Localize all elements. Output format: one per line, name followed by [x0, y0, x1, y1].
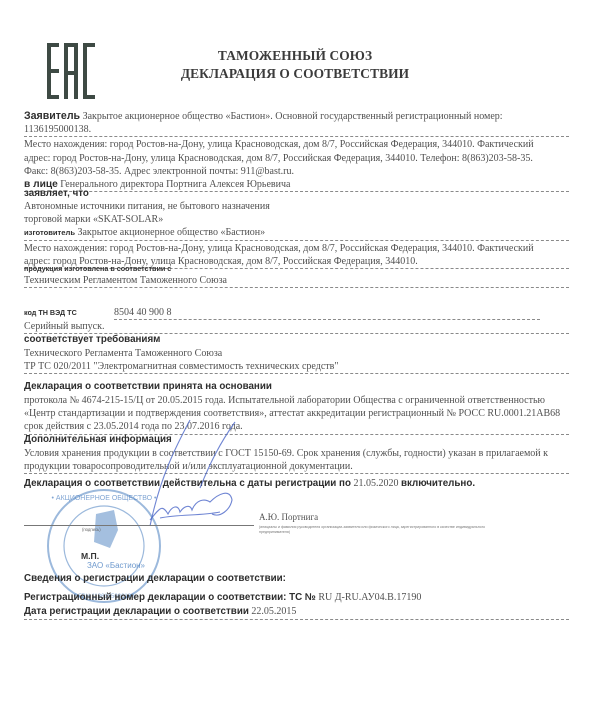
- declares-label: заявляет, что: [24, 188, 569, 200]
- applicant-label: Заявитель: [24, 110, 80, 122]
- basis-line-1: протокола № 4674-215-15/Ц от 20.05.2015 …: [24, 394, 569, 407]
- eac-logo-icon: [47, 43, 95, 99]
- manufacturer-text: Закрытое акционерное общество «Бастион»: [77, 227, 265, 238]
- code-value: 8504 40 900 8: [114, 306, 540, 320]
- applicant-address-1: Место нахождения: город Ростов-на-Дону, …: [24, 138, 569, 151]
- stamp-org: ЗАО «Бастион»: [87, 561, 146, 570]
- additional-line-2: продукции товаросопроводительной и/или э…: [24, 460, 569, 474]
- basis-line-2: «Центр стандартизации и подтверждения со…: [24, 407, 569, 420]
- additional-label: Дополнительная информация: [24, 433, 569, 447]
- signatory-name: А.Ю. Портнига: [259, 512, 318, 522]
- complies-line-2: ТР ТС 020/2011 "Электромагнитная совмест…: [24, 360, 569, 374]
- product-line-1: Автономные источники питания, не бытовог…: [24, 200, 569, 213]
- additional-block: Дополнительная информация Условия хранен…: [24, 433, 569, 474]
- validity-suffix: включительно.: [401, 478, 475, 489]
- basis-block: Декларация о соответствии принята на осн…: [24, 380, 569, 435]
- registration-date-value: 22.05.2015: [251, 606, 296, 617]
- title-line-2: ДЕКЛАРАЦИЯ О СООТВЕТСТВИИ: [160, 65, 430, 83]
- signature-caption: (подпись): [82, 527, 101, 532]
- document-title: ТАМОЖЕННЫЙ СОЮЗ ДЕКЛАРАЦИЯ О СООТВЕТСТВИ…: [160, 47, 430, 83]
- product-line-2: торговой марки «SKAT-SOLAR»: [24, 213, 569, 226]
- title-line-1: ТАМОЖЕННЫЙ СОЮЗ: [160, 47, 430, 65]
- applicant-ogrn: 1136195000138.: [24, 124, 91, 135]
- registration-number-label: Регистрационный номер декларации о соотв…: [24, 592, 316, 603]
- produced-label: продукция изготовлена в соответствии с: [24, 264, 569, 274]
- applicant-block: Заявитель Закрытое акционерное общество …: [24, 110, 569, 192]
- code-block: код ТН ВЭД ТС 8504 40 900 8 Серийный вып…: [24, 306, 569, 334]
- declaration-document: ТАМОЖЕННЫЙ СОЮЗ ДЕКЛАРАЦИЯ О СООТВЕТСТВИ…: [0, 0, 600, 712]
- manufacturer-address-1: Место нахождения: город Ростов-на-Дону, …: [24, 242, 569, 255]
- produced-block: продукция изготовлена в соответствии с Т…: [24, 264, 569, 288]
- manufacturer-label: изготовитель: [24, 228, 75, 237]
- handwritten-signature-icon: [120, 418, 250, 528]
- applicant-address-2: адрес: город Ростов-на-Дону, улица Красн…: [24, 152, 569, 165]
- stamp-label: М.П.: [81, 551, 99, 561]
- registration-date-label: Дата регистрации декларации о соответств…: [24, 606, 249, 617]
- complies-label: соответствует требованиям: [24, 333, 569, 347]
- additional-line-1: Условия хранения продукции в соответстви…: [24, 447, 569, 460]
- code-label: код ТН ВЭД ТС: [24, 306, 114, 319]
- validity-date: 21.05.2020: [353, 478, 398, 489]
- applicant-text: Закрытое акционерное общество «Бастион».…: [83, 111, 503, 122]
- basis-label: Декларация о соответствии принята на осн…: [24, 380, 569, 394]
- registration-block: Сведения о регистрации декларации о соот…: [24, 572, 569, 620]
- complies-line-1: Технического Регламента Таможенного Союз…: [24, 347, 569, 360]
- applicant-address-3: Факс: 8(863)203-58-35. Адрес электронной…: [24, 165, 569, 178]
- signature-line: [24, 525, 254, 526]
- complies-block: соответствует требованиям Технического Р…: [24, 333, 569, 374]
- registration-heading: Сведения о регистрации декларации о соот…: [24, 572, 569, 586]
- signatory-note: (инициалы и фамилия руководителя организ…: [259, 525, 489, 535]
- registration-number-value: RU Д-RU.АУ04.В.17190: [318, 592, 421, 603]
- produced-text: Техническим Регламентом Таможенного Союз…: [24, 274, 569, 288]
- declares-block: заявляет, что Автономные источники питан…: [24, 188, 569, 269]
